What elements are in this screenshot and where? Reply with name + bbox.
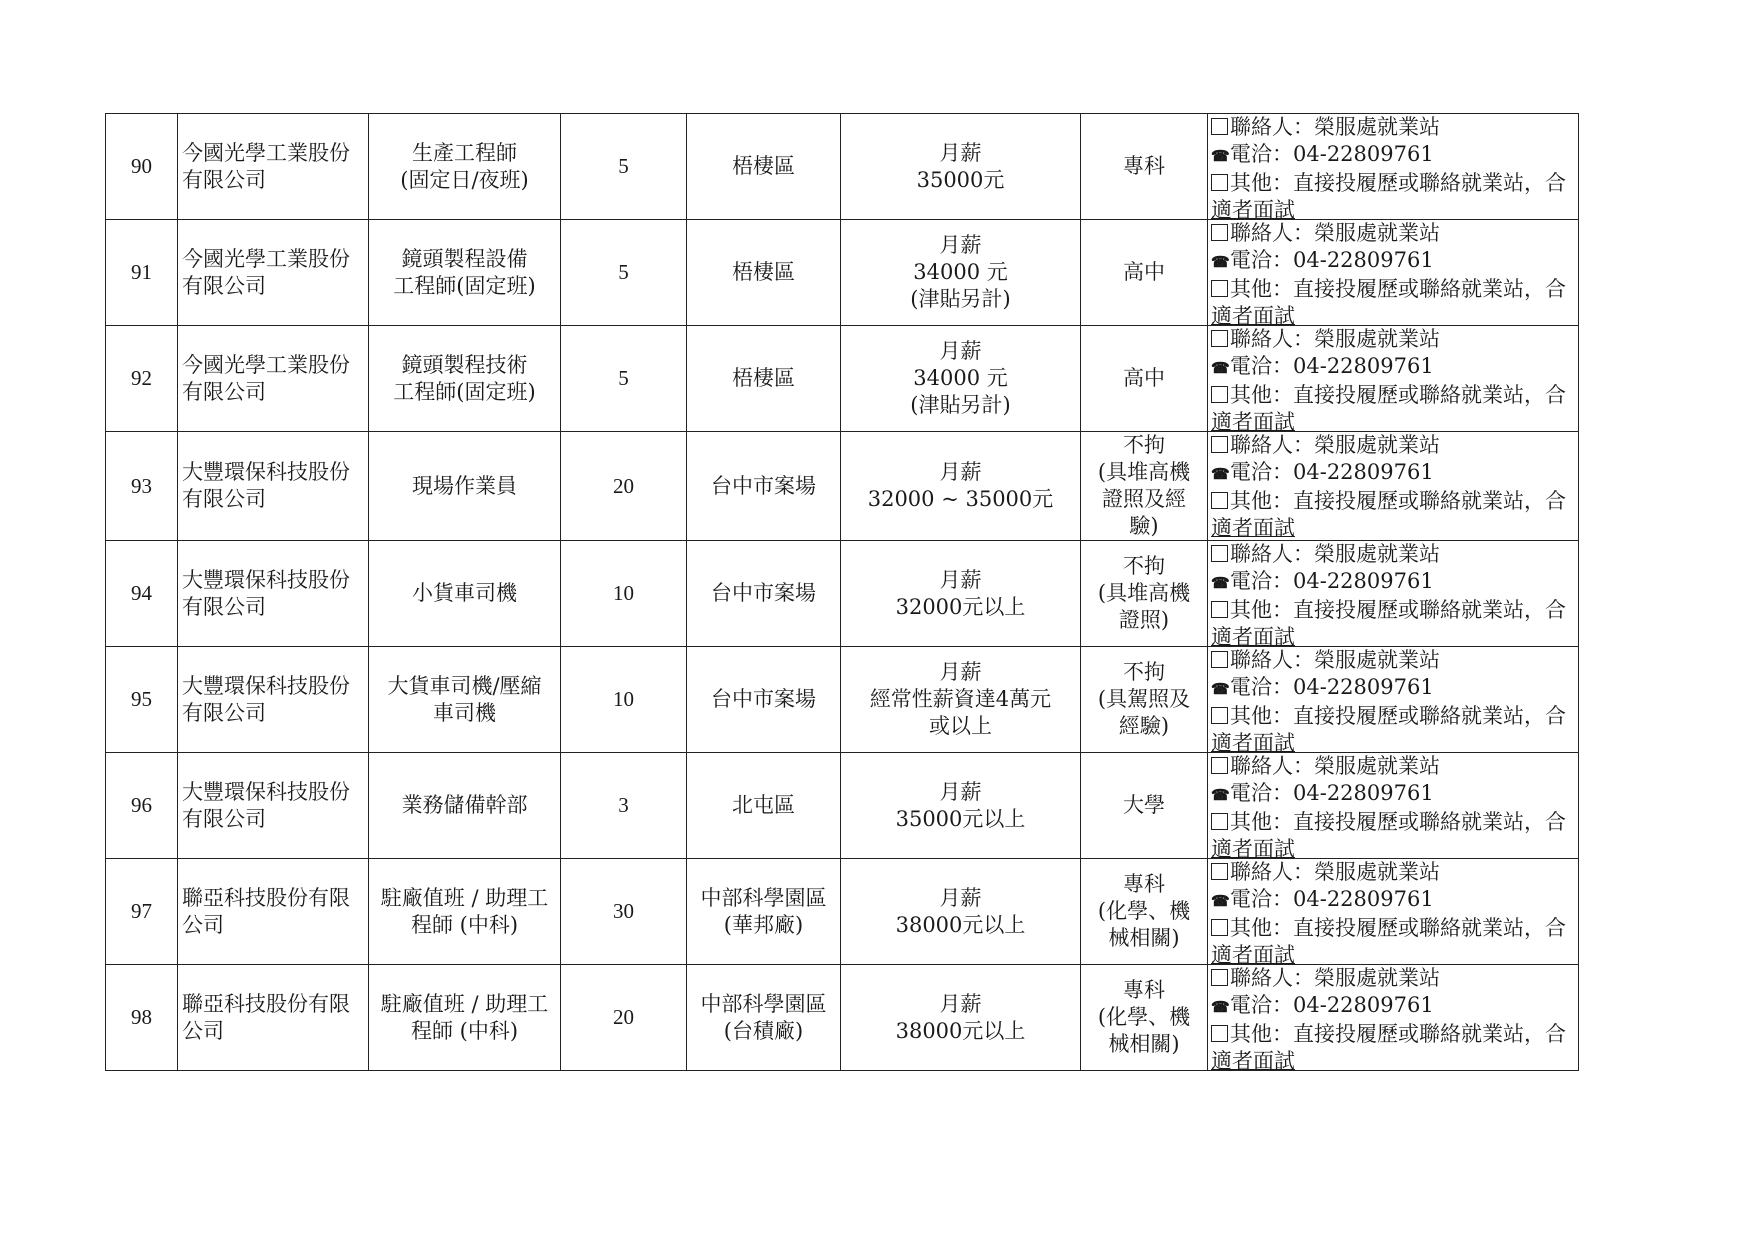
title-line: 大貨車司機/壓縮 <box>369 673 560 700</box>
pay-line: 34000 元 <box>841 259 1080 286</box>
title-line: 駐廠值班 / 助理工 <box>369 991 560 1018</box>
contact-other-continued: 適者面試 <box>1211 730 1578 752</box>
row-number: 93 <box>106 432 178 541</box>
phone-icon: ☎ <box>1211 461 1228 488</box>
checkbox-empty-icon <box>1211 492 1228 509</box>
location-line: 梧棲區 <box>687 153 840 180</box>
work-location: 中部科學園區(華邦廠) <box>687 859 841 965</box>
contact-other-continued: 適者面試 <box>1211 197 1578 219</box>
contact-phone-line: ☎電洽：04-22809761 <box>1211 780 1578 809</box>
title-line: 工程師(固定班) <box>369 379 560 406</box>
contact-person-line: 聯絡人：榮服處就業站 <box>1211 859 1578 886</box>
salary: 月薪34000 元(津貼另計) <box>841 326 1081 432</box>
location-line: 中部科學園區 <box>687 885 840 912</box>
checkbox-empty-icon <box>1211 601 1228 618</box>
pay-line: 38000元以上 <box>841 1018 1080 1045</box>
checkbox-empty-icon <box>1211 757 1228 774</box>
checkbox-empty-icon <box>1211 919 1228 936</box>
education-requirement: 不拘(具堆高機證照) <box>1081 541 1208 647</box>
openings-count: 20 <box>561 432 687 541</box>
contact-info: 聯絡人：榮服處就業站 ☎電洽：04-22809761 其他：直接投履歷或聯絡就業… <box>1208 965 1579 1071</box>
contact-person-line: 聯絡人：榮服處就業站 <box>1211 647 1578 674</box>
education-line: (化學、機 <box>1081 1004 1207 1031</box>
work-location: 台中市案場 <box>687 647 841 753</box>
title-line: (固定日/夜班) <box>369 167 560 194</box>
openings-count: 3 <box>561 753 687 859</box>
pay-line: (津貼另計) <box>841 286 1080 313</box>
row-number: 92 <box>106 326 178 432</box>
salary: 月薪38000元以上 <box>841 859 1081 965</box>
checkbox-empty-icon <box>1211 386 1228 403</box>
work-location: 台中市案場 <box>687 541 841 647</box>
company-name: 今國光學工業股份有限公司 <box>178 114 369 220</box>
education-line: (化學、機 <box>1081 898 1207 925</box>
phone-icon: ☎ <box>1211 249 1228 276</box>
phone-icon: ☎ <box>1211 676 1228 703</box>
contact-phone-line: ☎電洽：04-22809761 <box>1211 459 1578 488</box>
education-line: 大學 <box>1081 792 1207 819</box>
salary: 月薪34000 元(津貼另計) <box>841 220 1081 326</box>
company-name: 大豐環保科技股份有限公司 <box>178 647 369 753</box>
job-title: 現場作業員 <box>369 432 561 541</box>
checkbox-empty-icon <box>1211 280 1228 297</box>
table-row: 93 大豐環保科技股份有限公司 現場作業員 20 台中市案場 月薪32000 ~… <box>106 432 1579 541</box>
work-location: 梧棲區 <box>687 220 841 326</box>
job-title: 駐廠值班 / 助理工程師 (中科) <box>369 965 561 1071</box>
contact-other-line: 其他：直接投履歷或聯絡就業站，合 <box>1211 382 1578 409</box>
education-requirement: 專科(化學、機械相關) <box>1081 965 1208 1071</box>
checkbox-empty-icon <box>1211 330 1228 347</box>
checkbox-empty-icon <box>1211 651 1228 668</box>
pay-line: 32000 ~ 35000元 <box>841 486 1080 513</box>
company-name: 今國光學工業股份有限公司 <box>178 220 369 326</box>
pay-line: 月薪 <box>841 459 1080 486</box>
pay-line: 月薪 <box>841 991 1080 1018</box>
education-line: 高中 <box>1081 365 1207 392</box>
education-line: (具堆高機 <box>1081 459 1207 486</box>
table-row: 94 大豐環保科技股份有限公司 小貨車司機 10 台中市案場 月薪32000元以… <box>106 541 1579 647</box>
work-location: 梧棲區 <box>687 326 841 432</box>
location-line: 台中市案場 <box>687 686 840 713</box>
title-line: 工程師(固定班) <box>369 273 560 300</box>
table-row: 98 聯亞科技股份有限公司 駐廠值班 / 助理工程師 (中科) 20 中部科學園… <box>106 965 1579 1071</box>
job-title: 業務儲備幹部 <box>369 753 561 859</box>
row-number: 94 <box>106 541 178 647</box>
checkbox-empty-icon <box>1211 545 1228 562</box>
title-line: 車司機 <box>369 700 560 727</box>
table-row: 95 大豐環保科技股份有限公司 大貨車司機/壓縮車司機 10 台中市案場 月薪經… <box>106 647 1579 753</box>
checkbox-empty-icon <box>1211 436 1228 453</box>
phone-icon: ☎ <box>1211 143 1228 170</box>
phone-icon: ☎ <box>1211 570 1228 597</box>
checkbox-empty-icon <box>1211 118 1228 135</box>
job-title: 小貨車司機 <box>369 541 561 647</box>
contact-info: 聯絡人：榮服處就業站 ☎電洽：04-22809761 其他：直接投履歷或聯絡就業… <box>1208 647 1579 753</box>
contact-other-continued: 適者面試 <box>1211 836 1578 858</box>
company-name: 聯亞科技股份有限公司 <box>178 965 369 1071</box>
title-line: 程師 (中科) <box>369 912 560 939</box>
contact-info: 聯絡人：榮服處就業站 ☎電洽：04-22809761 其他：直接投履歷或聯絡就業… <box>1208 114 1579 220</box>
education-line: 驗) <box>1081 513 1207 540</box>
pay-line: 月薪 <box>841 338 1080 365</box>
job-title: 大貨車司機/壓縮車司機 <box>369 647 561 753</box>
company-name: 聯亞科技股份有限公司 <box>178 859 369 965</box>
checkbox-empty-icon <box>1211 707 1228 724</box>
table-row: 90 今國光學工業股份有限公司 生產工程師(固定日/夜班) 5 梧棲區 月薪35… <box>106 114 1579 220</box>
location-line: (台積廠) <box>687 1018 840 1045</box>
education-requirement: 不拘(具堆高機證照及經驗) <box>1081 432 1208 541</box>
contact-info: 聯絡人：榮服處就業站 ☎電洽：04-22809761 其他：直接投履歷或聯絡就業… <box>1208 859 1579 965</box>
pay-line: (津貼另計) <box>841 392 1080 419</box>
salary: 月薪32000元以上 <box>841 541 1081 647</box>
table-row: 91 今國光學工業股份有限公司 鏡頭製程設備工程師(固定班) 5 梧棲區 月薪3… <box>106 220 1579 326</box>
education-line: 不拘 <box>1081 553 1207 580</box>
education-line: (具駕照及 <box>1081 686 1207 713</box>
title-line: 駐廠值班 / 助理工 <box>369 885 560 912</box>
openings-count: 20 <box>561 965 687 1071</box>
education-line: 械相關) <box>1081 1031 1207 1058</box>
job-title: 生產工程師(固定日/夜班) <box>369 114 561 220</box>
contact-other-line: 其他：直接投履歷或聯絡就業站，合 <box>1211 1021 1578 1048</box>
work-location: 北屯區 <box>687 753 841 859</box>
salary: 月薪38000元以上 <box>841 965 1081 1071</box>
contact-other-line: 其他：直接投履歷或聯絡就業站，合 <box>1211 488 1578 515</box>
work-location: 中部科學園區(台積廠) <box>687 965 841 1071</box>
job-title: 鏡頭製程技術工程師(固定班) <box>369 326 561 432</box>
education-line: 械相關) <box>1081 925 1207 952</box>
contact-person-line: 聯絡人：榮服處就業站 <box>1211 220 1578 247</box>
location-line: 台中市案場 <box>687 473 840 500</box>
openings-count: 5 <box>561 220 687 326</box>
pay-line: 35000元 <box>841 167 1080 194</box>
salary: 月薪35000元 <box>841 114 1081 220</box>
contact-other-continued: 適者面試 <box>1211 942 1578 964</box>
phone-icon: ☎ <box>1211 782 1228 809</box>
salary: 月薪32000 ~ 35000元 <box>841 432 1081 541</box>
contact-info: 聯絡人：榮服處就業站 ☎電洽：04-22809761 其他：直接投履歷或聯絡就業… <box>1208 220 1579 326</box>
title-line: 業務儲備幹部 <box>369 792 560 819</box>
openings-count: 30 <box>561 859 687 965</box>
education-line: 證照及經 <box>1081 486 1207 513</box>
row-number: 95 <box>106 647 178 753</box>
table-row: 97 聯亞科技股份有限公司 駐廠值班 / 助理工程師 (中科) 30 中部科學園… <box>106 859 1579 965</box>
contact-phone-line: ☎電洽：04-22809761 <box>1211 141 1578 170</box>
title-line: 生產工程師 <box>369 140 560 167</box>
work-location: 台中市案場 <box>687 432 841 541</box>
location-line: (華邦廠) <box>687 912 840 939</box>
pay-line: 月薪 <box>841 885 1080 912</box>
contact-info: 聯絡人：榮服處就業站 ☎電洽：04-22809761 其他：直接投履歷或聯絡就業… <box>1208 541 1579 647</box>
contact-other-continued: 適者面試 <box>1211 515 1578 537</box>
contact-info: 聯絡人：榮服處就業站 ☎電洽：04-22809761 其他：直接投履歷或聯絡就業… <box>1208 753 1579 859</box>
contact-other-continued: 適者面試 <box>1211 303 1578 325</box>
checkbox-empty-icon <box>1211 863 1228 880</box>
contact-info: 聯絡人：榮服處就業站 ☎電洽：04-22809761 其他：直接投履歷或聯絡就業… <box>1208 432 1579 541</box>
pay-line: 或以上 <box>841 713 1080 740</box>
contact-person-line: 聯絡人：榮服處就業站 <box>1211 432 1578 459</box>
contact-info: 聯絡人：榮服處就業站 ☎電洽：04-22809761 其他：直接投履歷或聯絡就業… <box>1208 326 1579 432</box>
phone-icon: ☎ <box>1211 888 1228 915</box>
education-line: 專科 <box>1081 871 1207 898</box>
contact-other-line: 其他：直接投履歷或聯絡就業站，合 <box>1211 809 1578 836</box>
pay-line: 月薪 <box>841 232 1080 259</box>
contact-phone-line: ☎電洽：04-22809761 <box>1211 247 1578 276</box>
education-requirement: 專科(化學、機械相關) <box>1081 859 1208 965</box>
education-line: 專科 <box>1081 977 1207 1004</box>
education-requirement: 不拘(具駕照及經驗) <box>1081 647 1208 753</box>
work-location: 梧棲區 <box>687 114 841 220</box>
education-line: 經驗) <box>1081 713 1207 740</box>
company-name: 今國光學工業股份有限公司 <box>178 326 369 432</box>
contact-phone-line: ☎電洽：04-22809761 <box>1211 886 1578 915</box>
checkbox-empty-icon <box>1211 1025 1228 1042</box>
job-listings-table: 90 今國光學工業股份有限公司 生產工程師(固定日/夜班) 5 梧棲區 月薪35… <box>105 113 1579 1071</box>
title-line: 鏡頭製程技術 <box>369 352 560 379</box>
location-line: 梧棲區 <box>687 365 840 392</box>
salary: 月薪35000元以上 <box>841 753 1081 859</box>
checkbox-empty-icon <box>1211 813 1228 830</box>
company-name: 大豐環保科技股份有限公司 <box>178 541 369 647</box>
pay-line: 34000 元 <box>841 365 1080 392</box>
contact-other-line: 其他：直接投履歷或聯絡就業站，合 <box>1211 170 1578 197</box>
pay-line: 32000元以上 <box>841 594 1080 621</box>
row-number: 98 <box>106 965 178 1071</box>
checkbox-empty-icon <box>1211 174 1228 191</box>
education-line: 證照) <box>1081 607 1207 634</box>
phone-icon: ☎ <box>1211 355 1228 382</box>
contact-other-line: 其他：直接投履歷或聯絡就業站，合 <box>1211 915 1578 942</box>
checkbox-empty-icon <box>1211 969 1228 986</box>
title-line: 鏡頭製程設備 <box>369 246 560 273</box>
table-row: 96 大豐環保科技股份有限公司 業務儲備幹部 3 北屯區 月薪35000元以上 … <box>106 753 1579 859</box>
row-number: 90 <box>106 114 178 220</box>
contact-other-continued: 適者面試 <box>1211 624 1578 646</box>
education-line: 不拘 <box>1081 659 1207 686</box>
table-body: 90 今國光學工業股份有限公司 生產工程師(固定日/夜班) 5 梧棲區 月薪35… <box>106 114 1579 1071</box>
contact-phone-line: ☎電洽：04-22809761 <box>1211 992 1578 1021</box>
job-title: 鏡頭製程設備工程師(固定班) <box>369 220 561 326</box>
contact-phone-line: ☎電洽：04-22809761 <box>1211 674 1578 703</box>
openings-count: 10 <box>561 541 687 647</box>
location-line: 梧棲區 <box>687 259 840 286</box>
contact-other-line: 其他：直接投履歷或聯絡就業站，合 <box>1211 597 1578 624</box>
contact-person-line: 聯絡人：榮服處就業站 <box>1211 326 1578 353</box>
company-name: 大豐環保科技股份有限公司 <box>178 432 369 541</box>
pay-line: 月薪 <box>841 659 1080 686</box>
pay-line: 月薪 <box>841 140 1080 167</box>
contact-person-line: 聯絡人：榮服處就業站 <box>1211 114 1578 141</box>
phone-icon: ☎ <box>1211 994 1228 1021</box>
salary: 月薪經常性薪資達4萬元或以上 <box>841 647 1081 753</box>
contact-phone-line: ☎電洽：04-22809761 <box>1211 353 1578 382</box>
location-line: 中部科學園區 <box>687 991 840 1018</box>
education-requirement: 專科 <box>1081 114 1208 220</box>
education-requirement: 大學 <box>1081 753 1208 859</box>
location-line: 台中市案場 <box>687 580 840 607</box>
openings-count: 5 <box>561 326 687 432</box>
pay-line: 經常性薪資達4萬元 <box>841 686 1080 713</box>
checkbox-empty-icon <box>1211 224 1228 241</box>
contact-other-continued: 適者面試 <box>1211 1048 1578 1070</box>
contact-person-line: 聯絡人：榮服處就業站 <box>1211 541 1578 568</box>
openings-count: 5 <box>561 114 687 220</box>
contact-phone-line: ☎電洽：04-22809761 <box>1211 568 1578 597</box>
pay-line: 38000元以上 <box>841 912 1080 939</box>
openings-count: 10 <box>561 647 687 753</box>
title-line: 程師 (中科) <box>369 1018 560 1045</box>
table-row: 92 今國光學工業股份有限公司 鏡頭製程技術工程師(固定班) 5 梧棲區 月薪3… <box>106 326 1579 432</box>
title-line: 小貨車司機 <box>369 580 560 607</box>
contact-person-line: 聯絡人：榮服處就業站 <box>1211 965 1578 992</box>
pay-line: 月薪 <box>841 567 1080 594</box>
company-name: 大豐環保科技股份有限公司 <box>178 753 369 859</box>
education-line: 專科 <box>1081 153 1207 180</box>
location-line: 北屯區 <box>687 792 840 819</box>
pay-line: 35000元以上 <box>841 806 1080 833</box>
row-number: 97 <box>106 859 178 965</box>
row-number: 96 <box>106 753 178 859</box>
contact-person-line: 聯絡人：榮服處就業站 <box>1211 753 1578 780</box>
education-requirement: 高中 <box>1081 220 1208 326</box>
contact-other-line: 其他：直接投履歷或聯絡就業站，合 <box>1211 703 1578 730</box>
job-title: 駐廠值班 / 助理工程師 (中科) <box>369 859 561 965</box>
contact-other-line: 其他：直接投履歷或聯絡就業站，合 <box>1211 276 1578 303</box>
row-number: 91 <box>106 220 178 326</box>
pay-line: 月薪 <box>841 779 1080 806</box>
title-line: 現場作業員 <box>369 473 560 500</box>
education-line: 不拘 <box>1081 432 1207 459</box>
contact-other-continued: 適者面試 <box>1211 409 1578 431</box>
education-line: (具堆高機 <box>1081 580 1207 607</box>
education-requirement: 高中 <box>1081 326 1208 432</box>
education-line: 高中 <box>1081 259 1207 286</box>
